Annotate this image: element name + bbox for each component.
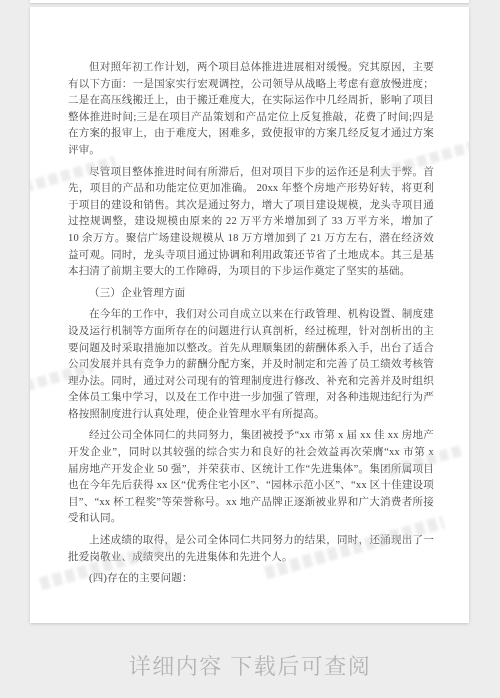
document-paragraph: 经过公司全体同仁的共同努力，集团被授予“xx 市第 x 届 xx 佳 xx 房地… [68, 428, 434, 528]
document-paragraph: 尽管项目整体推进时间有所滞后，但对项目下步的运作还是利大于弊。首先，项目的产品和… [68, 165, 434, 281]
download-hint: 详细内容 下载后可查阅 [0, 650, 500, 681]
previous-page-edge [30, 0, 469, 3]
document-paragraph: 上述成绩的取得，是公司全体同仁共同努力的结果，同时，还涌现出了一批爱岗敬业、成绩… [68, 533, 434, 566]
document-paragraph: 在今年的工作中，我们对公司自成立以来在行政管理、机构设置、制度建设及运行机制等方… [68, 307, 434, 423]
document-paragraph: 但对照年初工作计划，两个项目总体推进进展相对缓慢。究其原因，主要有以下方面：一是… [68, 60, 434, 160]
section-heading: (四)存在的主要问题： [68, 571, 434, 588]
document-preview: 但对照年初工作计划，两个项目总体推进进展相对缓慢。究其原因，主要有以下方面：一是… [0, 0, 500, 698]
section-heading: （三）企业管理方面 [68, 286, 434, 303]
document-content: 但对照年初工作计划，两个项目总体推进进展相对缓慢。究其原因，主要有以下方面：一是… [68, 60, 434, 593]
document-page: 但对照年初工作计划，两个项目总体推进进展相对缓慢。究其原因，主要有以下方面：一是… [30, 7, 469, 623]
